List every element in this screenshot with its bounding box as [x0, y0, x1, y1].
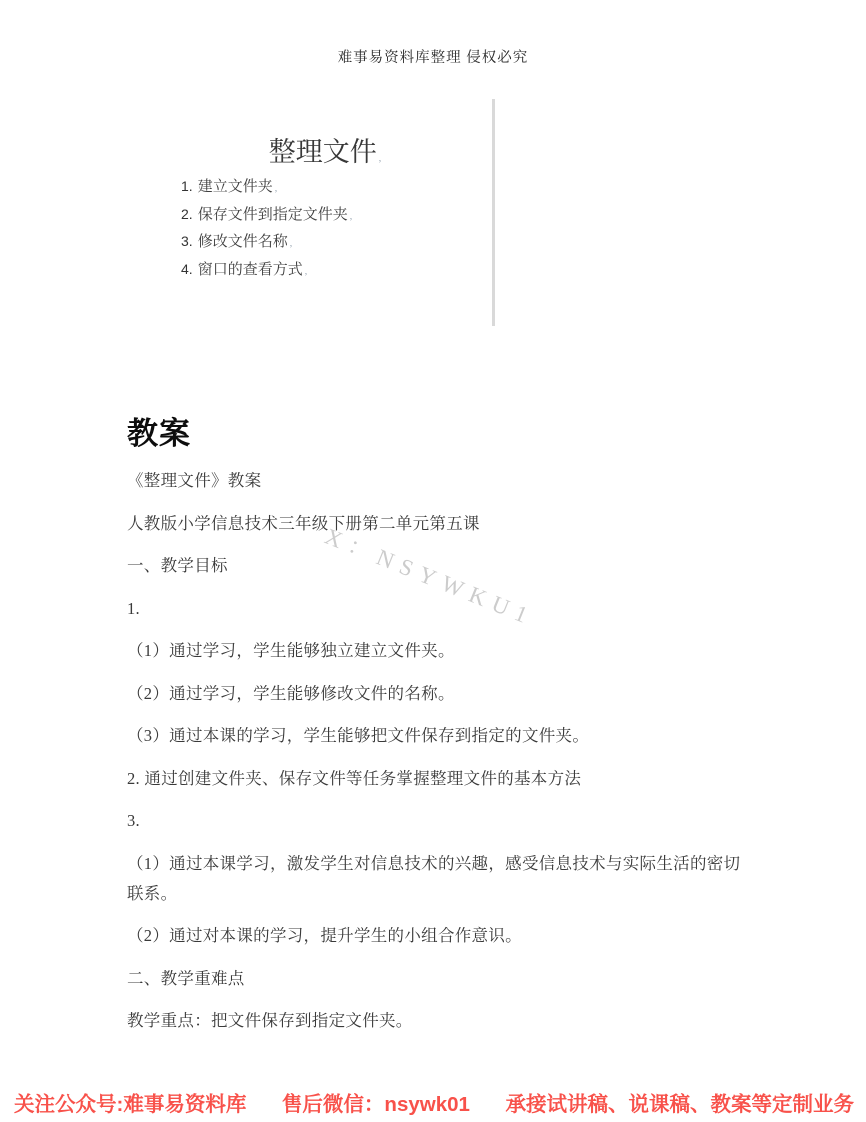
- paragraph-item: （3）通过本课的学习，学生能够把文件保存到指定的文件夹。: [127, 721, 747, 751]
- paragraph-subtitle: 人教版小学信息技术三年级下册第二单元第五课: [127, 509, 747, 539]
- paragraph-item: （2）通过学习，学生能够修改文件的名称。: [127, 679, 747, 709]
- paragraph-item: （1）通过本课学习，激发学生对信息技术的兴趣，感受信息技术与实际生活的密切联系。: [127, 849, 747, 909]
- paragraph-return-mark: ,: [275, 183, 278, 194]
- lesson-plan-body: 《整理文件》教案 人教版小学信息技术三年级下册第二单元第五课 一、教学目标 1.…: [127, 466, 747, 1049]
- list-number: 4.: [181, 261, 193, 277]
- slide-title-text: 整理文件: [269, 137, 377, 167]
- list-number: 3.: [181, 233, 193, 249]
- page-header-watermark: 难事易资料库整理 侵权必究: [0, 46, 866, 67]
- paragraph-return-mark: ,: [350, 211, 353, 222]
- slide-right-border-line: [492, 99, 495, 326]
- paragraph-title: 《整理文件》教案: [127, 466, 747, 496]
- footer-segment-services: 承接试讲稿、说课稿、教案等定制业务: [506, 1087, 855, 1117]
- lesson-plan-heading: 教案: [127, 408, 191, 453]
- footer-segment-wechat: 售后微信：nsywk01: [282, 1087, 470, 1117]
- paragraph-section-1: 一、教学目标: [127, 551, 747, 581]
- list-text: 保存文件到指定文件夹: [198, 207, 348, 223]
- list-text: 修改文件名称: [198, 234, 288, 250]
- paragraph-return-mark: ,: [290, 238, 293, 249]
- paragraph-item: 1.: [127, 594, 747, 624]
- list-number: 1.: [181, 178, 193, 194]
- slide-list-item: 4.窗口的查看方式,: [181, 258, 352, 286]
- list-number: 2.: [181, 206, 193, 222]
- document-page: 难事易资料库整理 侵权必究 整理文件, 1.建立文件夹, 2.保存文件到指定文件…: [0, 0, 866, 1122]
- paragraph-item: 3.: [127, 806, 747, 836]
- list-text: 建立文件夹: [198, 179, 273, 195]
- footer-segment-official-account: 关注公众号:难事易资料库: [14, 1087, 246, 1117]
- paragraph-item: 教学重点：把文件保存到指定文件夹。: [127, 1006, 747, 1036]
- paragraph-item: 2. 通过创建文件夹、保存文件等任务掌握整理文件的基本方法: [127, 764, 747, 794]
- embedded-slide-image: 整理文件, 1.建立文件夹, 2.保存文件到指定文件夹, 3.修改文件名称, 4…: [160, 95, 505, 330]
- paragraph-section-2: 二、教学重难点: [127, 964, 747, 994]
- slide-list: 1.建立文件夹, 2.保存文件到指定文件夹, 3.修改文件名称, 4.窗口的查看…: [181, 175, 352, 285]
- slide-title: 整理文件,: [160, 130, 490, 169]
- slide-list-item: 2.保存文件到指定文件夹,: [181, 203, 352, 231]
- paragraph-item: （1）通过学习，学生能够独立建立文件夹。: [127, 636, 747, 666]
- paragraph-return-mark: ,: [379, 153, 382, 164]
- list-text: 窗口的查看方式: [198, 262, 303, 278]
- paragraph-return-mark: ,: [305, 266, 308, 277]
- slide-list-item: 1.建立文件夹,: [181, 175, 352, 203]
- slide-list-item: 3.修改文件名称,: [181, 230, 352, 258]
- paragraph-item: （2）通过对本课的学习，提升学生的小组合作意识。: [127, 921, 747, 951]
- promo-footer-banner: 关注公众号:难事易资料库 售后微信：nsywk01 承接试讲稿、说课稿、教案等定…: [14, 1087, 854, 1117]
